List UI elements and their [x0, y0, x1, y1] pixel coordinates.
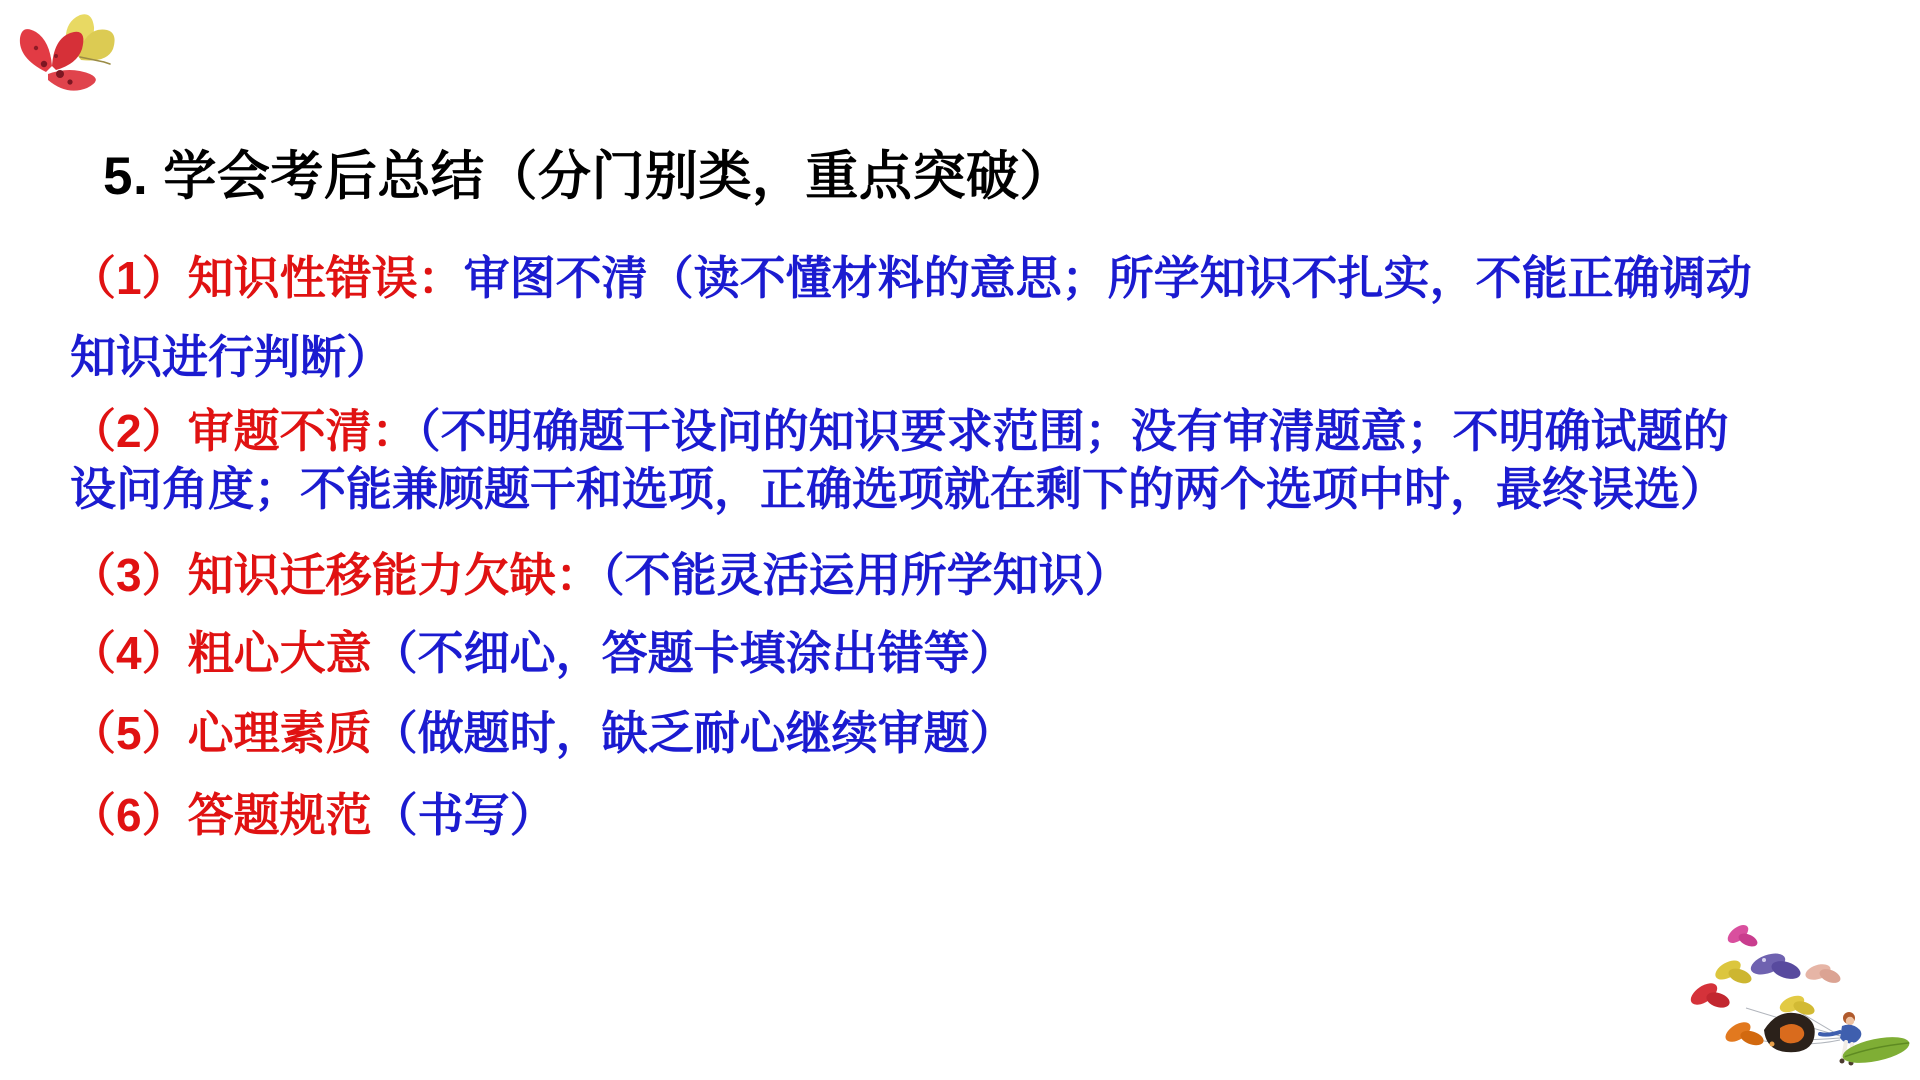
item-1-detail-line1: 审图不清（读不懂材料的意思；所学知识不扎实，不能正确调动: [464, 252, 1752, 304]
list-item-4: （4）粗心大意（不细心，答题卡填涂出错等）: [70, 626, 1016, 681]
item-4-detail: （不细心，答题卡填涂出错等）: [372, 627, 1016, 679]
presentation-slide: 5. 学会考后总结（分门别类，重点突破） （1）知识性错误：审图不清（读不懂材料…: [0, 0, 1920, 1080]
butterflies-topleft-icon: [6, 6, 134, 110]
list-item-2: （2）审题不清：（不明确题干设问的知识要求范围；没有审清题意；不明确试题的设问角…: [70, 402, 1746, 518]
slide-title: 5. 学会考后总结（分门别类，重点突破）: [103, 134, 1073, 210]
butterflies-fairy-bottomright-icon: [1668, 912, 1920, 1080]
item-5-label: （5）心理素质: [70, 707, 372, 759]
list-item-5: （5）心理素质（做题时，缺乏耐心继续审题）: [70, 706, 1016, 761]
list-item-3: （3）知识迁移能力欠缺：（不能灵活运用所学知识）: [70, 548, 1131, 603]
item-6-label: （6）答题规范: [70, 789, 372, 841]
list-item-6: （6）答题规范（书写）: [70, 788, 556, 843]
item-1-detail-line2: 知识进行判断）: [70, 318, 1770, 397]
item-3-label: （3）知识迁移能力欠缺：: [70, 549, 602, 601]
item-2-label: （2）审题不清：: [70, 405, 418, 457]
item-1-label: （1）知识性错误：: [70, 252, 464, 304]
item-2-detail-line1: （不明确题干设问的知识要求范围；没有审清题意；不明确试题的: [418, 405, 1729, 457]
item-6-detail: （书写）: [372, 789, 556, 841]
item-5-detail: （做题时，缺乏耐心继续审题）: [372, 707, 1016, 759]
item-3-detail: （不能灵活运用所学知识）: [602, 549, 1131, 601]
item-4-label: （4）粗心大意: [70, 627, 372, 679]
item-2-detail-line2: 设问角度；不能兼顾题干和选项，正确选项就在剩下的两个选项中时，最终误选）: [70, 460, 1746, 518]
list-item-1: （1）知识性错误：审图不清（读不懂材料的意思；所学知识不扎实，不能正确调动知识进…: [70, 239, 1770, 397]
